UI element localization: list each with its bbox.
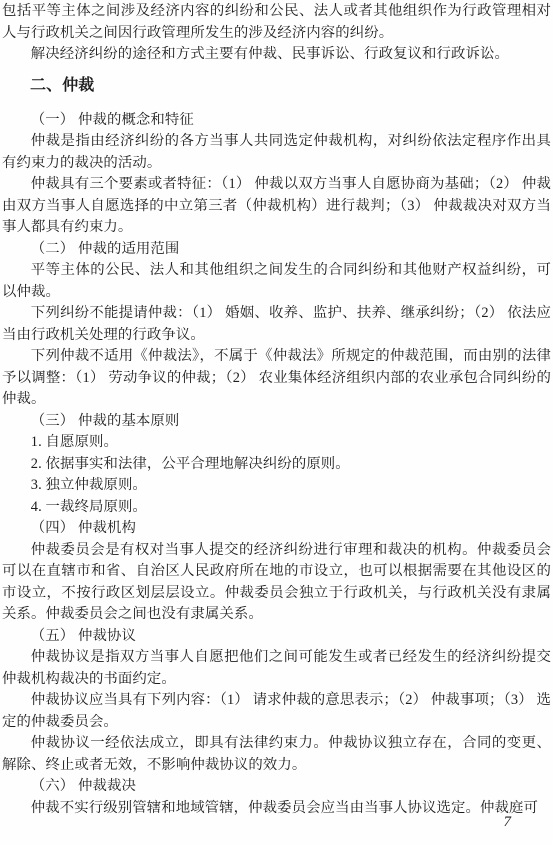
body-paragraph: 下列仲裁不适用《仲裁法》，不属于《仲裁法》所规定的仲裁范围，而由别的法律予以调整… bbox=[2, 346, 551, 411]
list-item: 4. 一裁终局原则。 bbox=[2, 497, 551, 519]
body-paragraph: 仲裁委员会是有权对当事人提交的经济纠纷进行审理和裁决的机构。仲裁委员会可以在直辖… bbox=[2, 540, 551, 626]
list-item: 1. 自愿原则。 bbox=[2, 432, 551, 454]
subsection-heading: （一） 仲裁的概念和特征 bbox=[2, 110, 551, 132]
body-paragraph: 包括平等主体之间涉及经济内容的纠纷和公民、法人或者其他组织作为行政管理相对人与行… bbox=[2, 1, 551, 44]
subsection-heading: （六） 仲裁裁决 bbox=[2, 776, 551, 798]
body-paragraph: 仲裁协议是指双方当事人自愿把他们之间可能发生或者已经发生的经济纠纷提交仲裁机构裁… bbox=[2, 647, 551, 690]
page-content: 包括平等主体之间涉及经济内容的纠纷和公民、法人或者其他组织作为行政管理相对人与行… bbox=[0, 0, 553, 819]
body-paragraph: 仲裁协议一经依法成立，即具有法律约束力。仲裁协议独立存在，合同的变更、解除、终止… bbox=[2, 733, 551, 776]
body-paragraph: 下列纠纷不能提请仲裁：（1） 婚姻、收养、监护、扶养、继承纠纷；（2） 依法应当… bbox=[2, 303, 551, 346]
subsection-heading: （五） 仲裁协议 bbox=[2, 626, 551, 648]
subsection-heading: （四） 仲裁机构 bbox=[2, 518, 551, 540]
body-paragraph: 仲裁不实行级别管辖和地域管辖，仲裁委员会应当由当事人协议选定。仲裁庭可 bbox=[2, 798, 551, 820]
page-number: 7 bbox=[504, 814, 512, 831]
body-paragraph: 仲裁协议应当具有下列内容：（1） 请求仲裁的意思表示；（2） 仲裁事项；（3） … bbox=[2, 690, 551, 733]
body-paragraph: 解决经济纠纷的途径和方式主要有仲裁、民事诉讼、行政复议和行政诉讼。 bbox=[2, 44, 551, 66]
body-paragraph: 仲裁具有三个要素或者特征：（1） 仲裁以双方当事人自愿协商为基础；（2） 仲裁由… bbox=[2, 174, 551, 239]
list-item: 2. 依据事实和法律，公平合理地解决纠纷的原则。 bbox=[2, 454, 551, 476]
section-heading: 二、仲裁 bbox=[2, 74, 551, 98]
subsection-heading: （二） 仲裁的适用范围 bbox=[2, 239, 551, 261]
subsection-heading: （三） 仲裁的基本原则 bbox=[2, 411, 551, 433]
body-paragraph: 仲裁是指由经济纠纷的各方当事人共同选定仲裁机构，对纠纷依法定程序作出具有约束力的… bbox=[2, 131, 551, 174]
list-item: 3. 独立仲裁原则。 bbox=[2, 475, 551, 497]
body-paragraph: 平等主体的公民、法人和其他组织之间发生的合同纠纷和其他财产权益纠纷，可以仲裁。 bbox=[2, 260, 551, 303]
